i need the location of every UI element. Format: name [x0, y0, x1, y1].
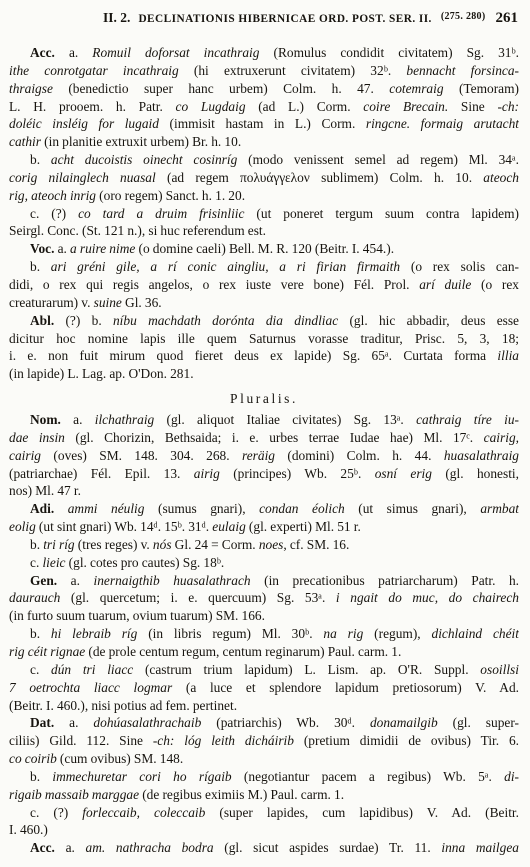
page-number: 261: [496, 10, 519, 26]
irish-phrase: corig nilainglech nuasal: [9, 170, 156, 185]
latin-text: b.: [30, 769, 52, 784]
irish-phrase: dohúasalathrachaib: [93, 715, 201, 730]
text-line: Adi. ammi néulig (sumus gnari), condan é…: [9, 500, 519, 518]
text-line: nos) Ml. 47 r.: [9, 482, 519, 500]
latin-text: i. e. non fuit mirum quod fieret deus ex…: [9, 348, 497, 363]
irish-phrase: osní erig: [375, 466, 432, 481]
latin-text: (principes) Wb. 25ᵇ.: [220, 466, 375, 481]
text-line: b. hi lebraib ríg (in libris regum) Ml. …: [9, 625, 519, 643]
irish-phrase: airig: [194, 466, 220, 481]
latin-text: (gl. Chorizin, Bethsaida; i. e. urbes te…: [65, 430, 484, 445]
irish-phrase: cathir: [9, 134, 41, 149]
running-header: II. 2. DECLINATIONIS HIBERNICAE ORD. POS…: [0, 9, 518, 29]
text-line: cairig (oves) SM. 148. 304. 268. reräig …: [9, 447, 519, 465]
irish-phrase: eolig: [9, 519, 36, 534]
irish-phrase: illia: [497, 348, 519, 363]
text-line: rig, ateoch inrig (oro regem) Sanct. h. …: [9, 187, 519, 205]
irish-phrase: a ruire nime: [70, 241, 135, 256]
irish-phrase: cotemraig: [389, 81, 443, 96]
text-line: thraigse (benedictio super hanc urbem) C…: [9, 80, 519, 98]
latin-text: (ad regem πολυάγγελον sublimem) Colm. h.…: [156, 170, 484, 185]
irish-phrase: bennacht forsinca-: [406, 63, 519, 78]
text-line: I. 460.): [9, 821, 519, 839]
latin-text: (patriarchae) Fél. Epil. 13.: [9, 466, 194, 481]
latin-text: (o rex solis can-: [400, 259, 519, 274]
irish-phrase: i ngait do muc, do chairech: [336, 590, 519, 605]
irish-phrase: thraigse: [9, 81, 53, 96]
latin-text: didi, o rex qui regis angelos, o rex ius…: [9, 277, 419, 292]
irish-phrase: tri ríg: [43, 537, 74, 552]
page-body: Acc. a. Romuil doforsat incathraig (Romu…: [9, 44, 519, 857]
latin-text: c. (?): [30, 206, 78, 221]
irish-phrase: rig, ateoch inrig: [9, 188, 96, 203]
irish-phrase: doléic insléig for lugaid: [9, 116, 159, 131]
latin-text: (gl. super-: [438, 715, 519, 730]
irish-phrase: reräig: [242, 448, 275, 463]
latin-text: (domini) Colm. h. 44.: [275, 448, 444, 463]
text-line: Nom. a. ilchathraig (gl. aliquot Italiae…: [9, 411, 519, 429]
latin-text: (gl. sicut aspides surdae) Tr. 11.: [214, 840, 442, 855]
latin-text: (castrum trium lapidum) L. Lism. ap. O'R…: [133, 662, 480, 677]
text-line: rigaib massaib marggae (de regibus eximi…: [9, 786, 519, 804]
irish-phrase: dae insin: [9, 430, 65, 445]
case-label: Voc.: [30, 241, 54, 256]
latin-text: (pretium dimidii de ovibus) Tir. 6.: [294, 733, 519, 748]
latin-text: (ut sint gnari) Wb. 14ᵈ. 15ᵇ. 31ᵈ.: [36, 519, 213, 534]
text-line: daurauch (gl. quercetum; i. e. quercuum)…: [9, 589, 519, 607]
latin-text: (benedictio super hanc urbem) Colm. h. 4…: [53, 81, 389, 96]
irish-phrase: inernaigthib huasalathrach: [94, 573, 251, 588]
latin-text: Gl. 24 = Corm.: [172, 537, 259, 552]
latin-text: (in planitie extruxit urbem) Br. h. 10.: [41, 134, 241, 149]
text-line: co coirib (cum ovibus) SM. 148.: [9, 750, 519, 768]
text-line: ciliis) Gild. 112. Sine -ch: lóg leith d…: [9, 732, 519, 750]
latin-text: (negotiantur pacem a regibus) Wb. 5ᵃ.: [232, 769, 505, 784]
latin-text: a.: [57, 573, 93, 588]
text-line: didi, o rex qui regis angelos, o rex ius…: [9, 276, 519, 294]
text-line: ithe conrotgatar incathraig (hi extruxer…: [9, 62, 519, 80]
irish-phrase: dún tri liacc: [51, 662, 133, 677]
irish-phrase: cairig: [9, 448, 41, 463]
latin-text: (super lapides, cum lapidibus) V. Ad. (B…: [205, 805, 519, 820]
text-line: b. tri ríg (tres reges) v. nós Gl. 24 = …: [9, 536, 519, 554]
latin-text: Sine: [448, 99, 497, 114]
latin-text: (gl. honesti,: [432, 466, 519, 481]
irish-phrase: dichlaind chéit: [432, 626, 519, 641]
text-line: b. immechuretar cori ho rígaib (negotian…: [9, 768, 519, 786]
latin-text: (modo venissent semel ad regem) Ml. 34ᵃ.: [237, 152, 519, 167]
latin-text: I. 460.): [9, 822, 48, 837]
irish-phrase: forleccaib, coleccaib: [82, 805, 205, 820]
irish-phrase: noes: [259, 537, 284, 552]
irish-phrase: co Lugdaig: [176, 99, 246, 114]
text-line: b. acht ducoistis oinecht cosinríg (modo…: [9, 151, 519, 169]
text-line: i. e. non fuit mirum quod fieret deus ex…: [9, 347, 519, 365]
text-line: dae insin (gl. Chorizin, Bethsaida; i. e…: [9, 429, 519, 447]
irish-phrase: armbat: [480, 501, 519, 516]
irish-phrase: -ch: lóg leith dicháirib: [153, 733, 294, 748]
latin-text: (tres reges) v.: [75, 537, 153, 552]
irish-phrase: níbu machdath dorónta dia dindliac: [113, 313, 338, 328]
column-reference: (275. 280): [441, 11, 486, 22]
text-line: (Beitr. I. 460.), nisi potius ad fem. pe…: [9, 697, 519, 715]
latin-text: (immisit hastam in L.) Corm.: [159, 116, 366, 131]
latin-text: (de regibus eximiis M.) Paul. carm. 1.: [139, 787, 344, 802]
text-line: 7 oetrochta liacc logmar (a luce et sple…: [9, 679, 519, 697]
latin-text: (gl. experti) Ml. 51 r.: [246, 519, 361, 534]
latin-text: (hi extruxerunt civitatem) 32ᵇ.: [179, 63, 407, 78]
chapter-number: II. 2.: [103, 10, 130, 25]
latin-text: a.: [55, 45, 92, 60]
irish-phrase: ilchathraig: [95, 412, 155, 427]
irish-phrase: cairig,: [484, 430, 519, 445]
latin-text: b.: [30, 626, 51, 641]
irish-phrase: suine: [94, 295, 122, 310]
latin-text: (Romulus condidit civitatem) Sg. 31ᵇ.: [259, 45, 519, 60]
irish-phrase: -ch:: [497, 99, 519, 114]
book-page: II. 2. DECLINATIONIS HIBERNICAE ORD. POS…: [0, 0, 530, 867]
text-line: creaturarum) v. suine Gl. 36.: [9, 294, 519, 312]
case-label: Abl.: [30, 313, 54, 328]
text-line: L. H. prooem. h. Patr. co Lugdaig (ad L.…: [9, 98, 519, 116]
latin-text: Gl. 36.: [122, 295, 162, 310]
text-line: Seirgl. Conc. (St. 121 n.), si huc refer…: [9, 222, 519, 240]
irish-phrase: ammi néulig: [68, 501, 145, 516]
text-line: b. ari gréni gile, a rí conic aingliu, a…: [9, 258, 519, 276]
irish-phrase: Romuil doforsat incathraig: [92, 45, 259, 60]
text-line: (patriarchae) Fél. Epil. 13. airig (prin…: [9, 465, 519, 483]
irish-phrase: hi lebraib ríg: [51, 626, 137, 641]
irish-phrase: ithe conrotgatar incathraig: [9, 63, 179, 78]
latin-text: Seirgl. Conc. (St. 121 n.), si huc refer…: [9, 223, 266, 238]
latin-text: a.: [55, 840, 86, 855]
case-label: Acc.: [30, 45, 55, 60]
latin-text: dicitur hoc nomine lapis ille quem Satur…: [9, 331, 519, 346]
irish-phrase: am. nathracha bodra: [86, 840, 214, 855]
latin-text: c.: [30, 555, 42, 570]
irish-phrase: inna mailgea: [441, 840, 519, 855]
irish-phrase: ringcne. formaig arutacht: [366, 116, 519, 131]
case-label: Acc.: [30, 840, 55, 855]
latin-text: (?) b.: [54, 313, 113, 328]
text-line: c. lieic (gl. cotes pro cautes) Sg. 18ᵇ.: [9, 554, 519, 572]
text-line: Gen. a. inernaigthib huasalathrach (in p…: [9, 572, 519, 590]
case-label: Adi.: [30, 501, 54, 516]
irish-phrase: huasalathraig: [444, 448, 519, 463]
irish-phrase: donamailgib: [370, 715, 438, 730]
irish-phrase: na rig: [323, 626, 363, 641]
latin-text: (o rex: [471, 277, 519, 292]
latin-text: (Temoram): [444, 81, 519, 96]
latin-text: , cf. SM. 16.: [283, 537, 349, 552]
section-heading: Pluralis.: [9, 390, 519, 408]
text-line: Voc. a. a ruire nime (o domine caeli) Be…: [9, 240, 519, 258]
latin-text: (gl. hic abbadir, deus esse: [338, 313, 519, 328]
latin-text: (regum),: [363, 626, 431, 641]
latin-text: (oves) SM. 148. 304. 268.: [41, 448, 242, 463]
irish-phrase: immechuretar cori ho rígaib: [52, 769, 231, 784]
latin-text: b.: [30, 152, 51, 167]
case-label: Dat.: [30, 715, 54, 730]
latin-text: c.: [30, 662, 51, 677]
latin-text: creaturarum) v.: [9, 295, 94, 310]
irish-phrase: osoillsi: [480, 662, 519, 677]
irish-phrase: nós: [153, 537, 172, 552]
irish-phrase: rig céit rignae: [9, 644, 85, 659]
latin-text: [54, 501, 68, 516]
text-line: (in lapide) L. Lag. ap. O'Don. 281.: [9, 365, 519, 383]
latin-text: (gl. quercetum; i. e. quercuum) Sg. 53ᵃ.: [60, 590, 336, 605]
latin-text: (in libris regum) Ml. 30ᵇ.: [137, 626, 323, 641]
irish-phrase: acht ducoistis oinecht cosinríg: [51, 152, 237, 167]
latin-text: (o domine caeli) Bell. M. R. 120 (Beitr.…: [135, 241, 394, 256]
text-line: cathir (in planitie extruxit urbem) Br. …: [9, 133, 519, 151]
latin-text: a.: [61, 412, 95, 427]
latin-text: b.: [30, 537, 43, 552]
text-line: c. (?) co tard a druim frisinliic (ut po…: [9, 205, 519, 223]
latin-text: (in precationibus patriarcharum) Patr. h…: [251, 573, 519, 588]
latin-text: (ut simus gnari),: [345, 501, 481, 516]
text-line: Dat. a. dohúasalathrachaib (patriarchis)…: [9, 714, 519, 732]
latin-text: (ad L.) Corm.: [246, 99, 364, 114]
irish-phrase: cathraig tíre iu-: [416, 412, 519, 427]
irish-phrase: ateoch: [483, 170, 519, 185]
running-title: DECLINATIONIS HIBERNICAE ORD. POST. SER.…: [138, 13, 431, 25]
latin-text: (oro regem) Sanct. h. 1. 20.: [96, 188, 245, 203]
latin-text: (gl. cotes pro cautes) Sg. 18ᵇ.: [66, 555, 225, 570]
text-line: dicitur hoc nomine lapis ille quem Satur…: [9, 330, 519, 348]
text-line: c. dún tri liacc (castrum trium lapidum)…: [9, 661, 519, 679]
latin-text: (sumus gnari),: [144, 501, 259, 516]
irish-phrase: di-: [504, 769, 519, 784]
latin-text: nos) Ml. 47 r.: [9, 483, 81, 498]
text-line: corig nilainglech nuasal (ad regem πολυά…: [9, 169, 519, 187]
latin-text: (cum ovibus) SM. 148.: [57, 751, 183, 766]
latin-text: ciliis) Gild. 112. Sine: [9, 733, 153, 748]
latin-text: c. (?): [30, 805, 82, 820]
latin-text: a.: [54, 715, 93, 730]
text-line: c. (?) forleccaib, coleccaib (super lapi…: [9, 804, 519, 822]
latin-text: (in furto suum tuarum, ovium tuarum) SM.…: [9, 608, 265, 623]
text-line: Acc. a. am. nathracha bodra (gl. sicut a…: [9, 839, 519, 857]
case-label: Nom.: [30, 412, 61, 427]
latin-text: (ut poneret tergum suum contra lapidem): [244, 206, 519, 221]
latin-text: (gl. aliquot Italiae civitates) Sg. 13ᵃ.: [154, 412, 416, 427]
irish-phrase: rigaib massaib marggae: [9, 787, 139, 802]
text-line: Acc. a. Romuil doforsat incathraig (Romu…: [9, 44, 519, 62]
irish-phrase: coire Brecain.: [363, 99, 448, 114]
irish-phrase: 7 oetrochta liacc logmar: [9, 680, 172, 695]
irish-phrase: condan éolich: [259, 501, 345, 516]
case-label: Gen.: [30, 573, 57, 588]
irish-phrase: eulaig: [212, 519, 245, 534]
latin-text: (de prole centum regum, centum reginarum…: [85, 644, 401, 659]
irish-phrase: arí duile: [419, 277, 471, 292]
irish-phrase: co tard a druim frisinliic: [78, 206, 244, 221]
irish-phrase: lieic: [42, 555, 65, 570]
irish-phrase: ari gréni gile, a rí conic aingliu, a ri…: [51, 259, 400, 274]
text-line: rig céit rignae (de prole centum regum, …: [9, 643, 519, 661]
latin-text: (Beitr. I. 460.), nisi potius ad fem. pe…: [9, 698, 237, 713]
latin-text: (patriarchis) Wb. 30ᵈ.: [201, 715, 370, 730]
latin-text: a.: [54, 241, 70, 256]
irish-phrase: daurauch: [9, 590, 60, 605]
text-line: eolig (ut sint gnari) Wb. 14ᵈ. 15ᵇ. 31ᵈ.…: [9, 518, 519, 536]
text-line: (in furto suum tuarum, ovium tuarum) SM.…: [9, 607, 519, 625]
irish-phrase: co coirib: [9, 751, 57, 766]
text-line: doléic insléig for lugaid (immisit hasta…: [9, 115, 519, 133]
latin-text: L. H. prooem. h. Patr.: [9, 99, 176, 114]
latin-text: (a luce et splendore lapidum pretiosorum…: [172, 680, 519, 695]
text-line: Abl. (?) b. níbu machdath dorónta dia di…: [9, 312, 519, 330]
latin-text: (in lapide) L. Lag. ap. O'Don. 281.: [9, 366, 194, 381]
latin-text: b.: [30, 259, 51, 274]
